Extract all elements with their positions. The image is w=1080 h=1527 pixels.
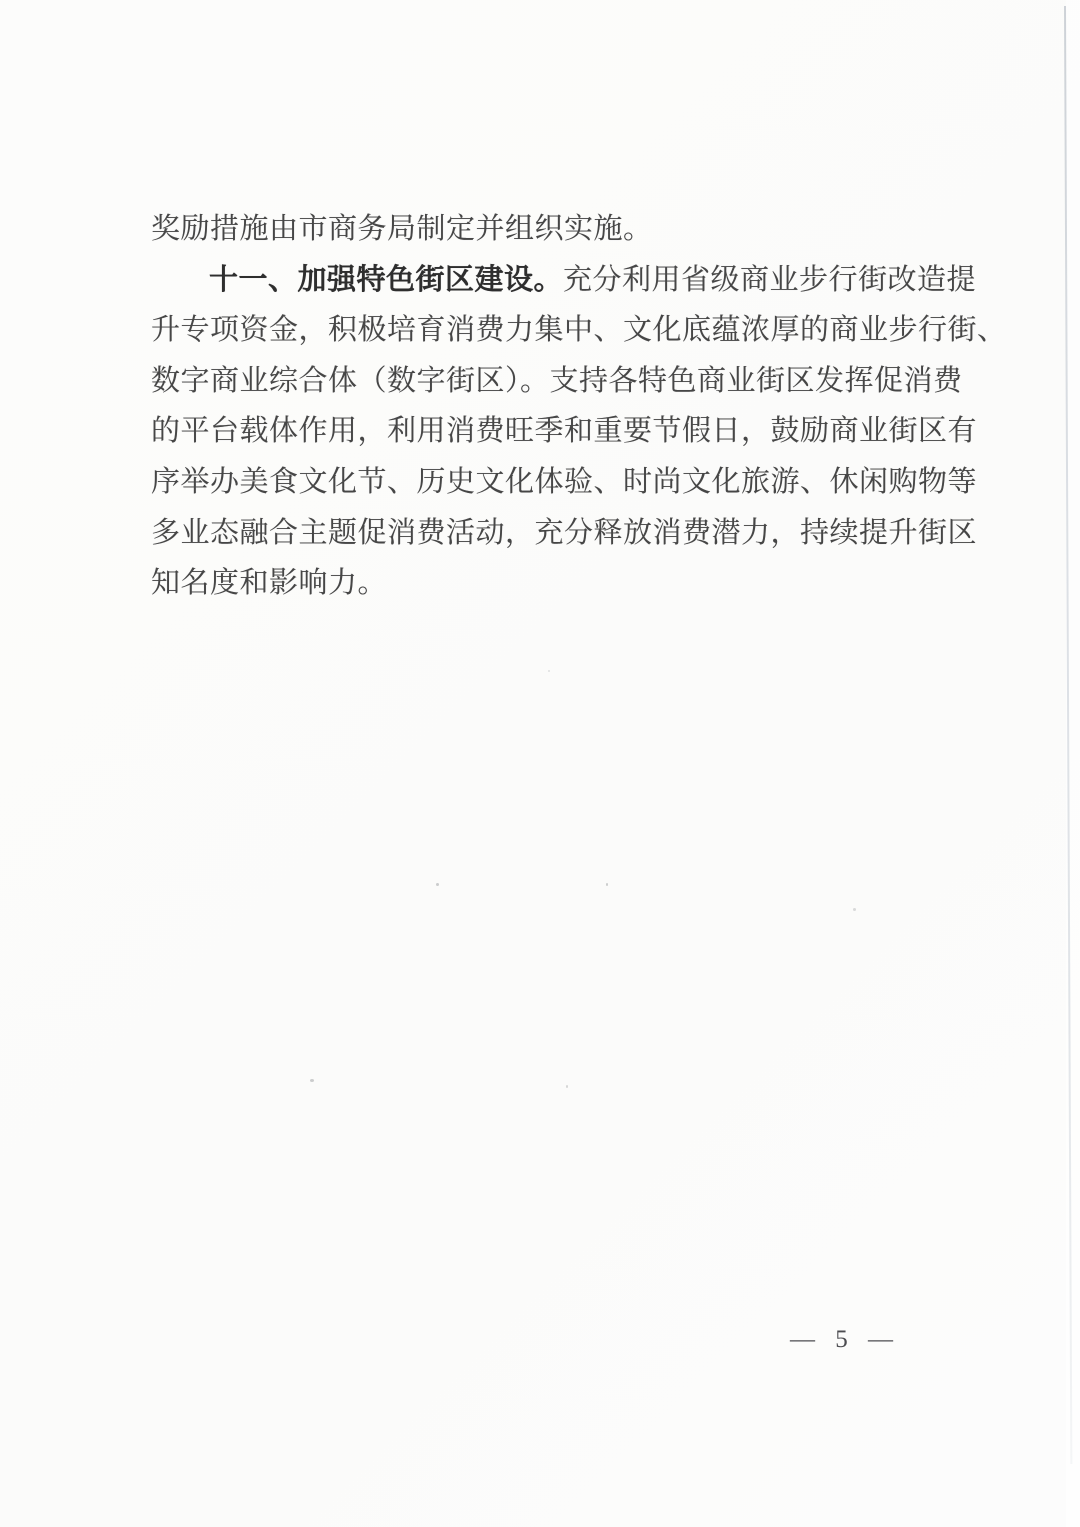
scan-speck	[548, 670, 550, 672]
body-line: 数字商业综合体（数字街区）。支持各特色商业街区发挥促消费	[151, 356, 931, 407]
section-heading-line: 十一、加强特色街区建设。充分利用省级商业步行街改造提	[151, 255, 931, 306]
scanned-document-page: 奖励措施由市商务局制定并组织实施。 十一、加强特色街区建设。充分利用省级商业步行…	[0, 0, 1080, 1527]
paragraph-ending-line: 奖励措施由市商务局制定并组织实施。	[151, 204, 931, 255]
body-line: 序举办美食文化节、历史文化体验、时尚文化旅游、休闲购物等	[151, 457, 931, 508]
page-number: — 5 —	[780, 1326, 910, 1354]
scan-speck	[853, 908, 856, 911]
body-line: 升专项资金，积极培育消费力集中、文化底蕴浓厚的商业步行街、	[151, 305, 931, 356]
paragraph-last-line: 知名度和影响力。	[151, 558, 931, 609]
scan-speck	[436, 883, 439, 886]
body-text-block: 奖励措施由市商务局制定并组织实施。 十一、加强特色街区建设。充分利用省级商业步行…	[151, 204, 931, 609]
scan-speck	[566, 1085, 568, 1088]
scan-speck	[310, 1079, 314, 1082]
heading-line-continuation: 充分利用省级商业步行街改造提	[563, 264, 976, 296]
section-heading: 十一、加强特色街区建设。	[209, 264, 563, 296]
scan-speck	[606, 883, 608, 886]
body-line: 多业态融合主题促消费活动，充分释放消费潜力，持续提升街区	[151, 508, 931, 559]
body-line: 的平台载体作用，利用消费旺季和重要节假日，鼓励商业街区有	[151, 406, 931, 457]
